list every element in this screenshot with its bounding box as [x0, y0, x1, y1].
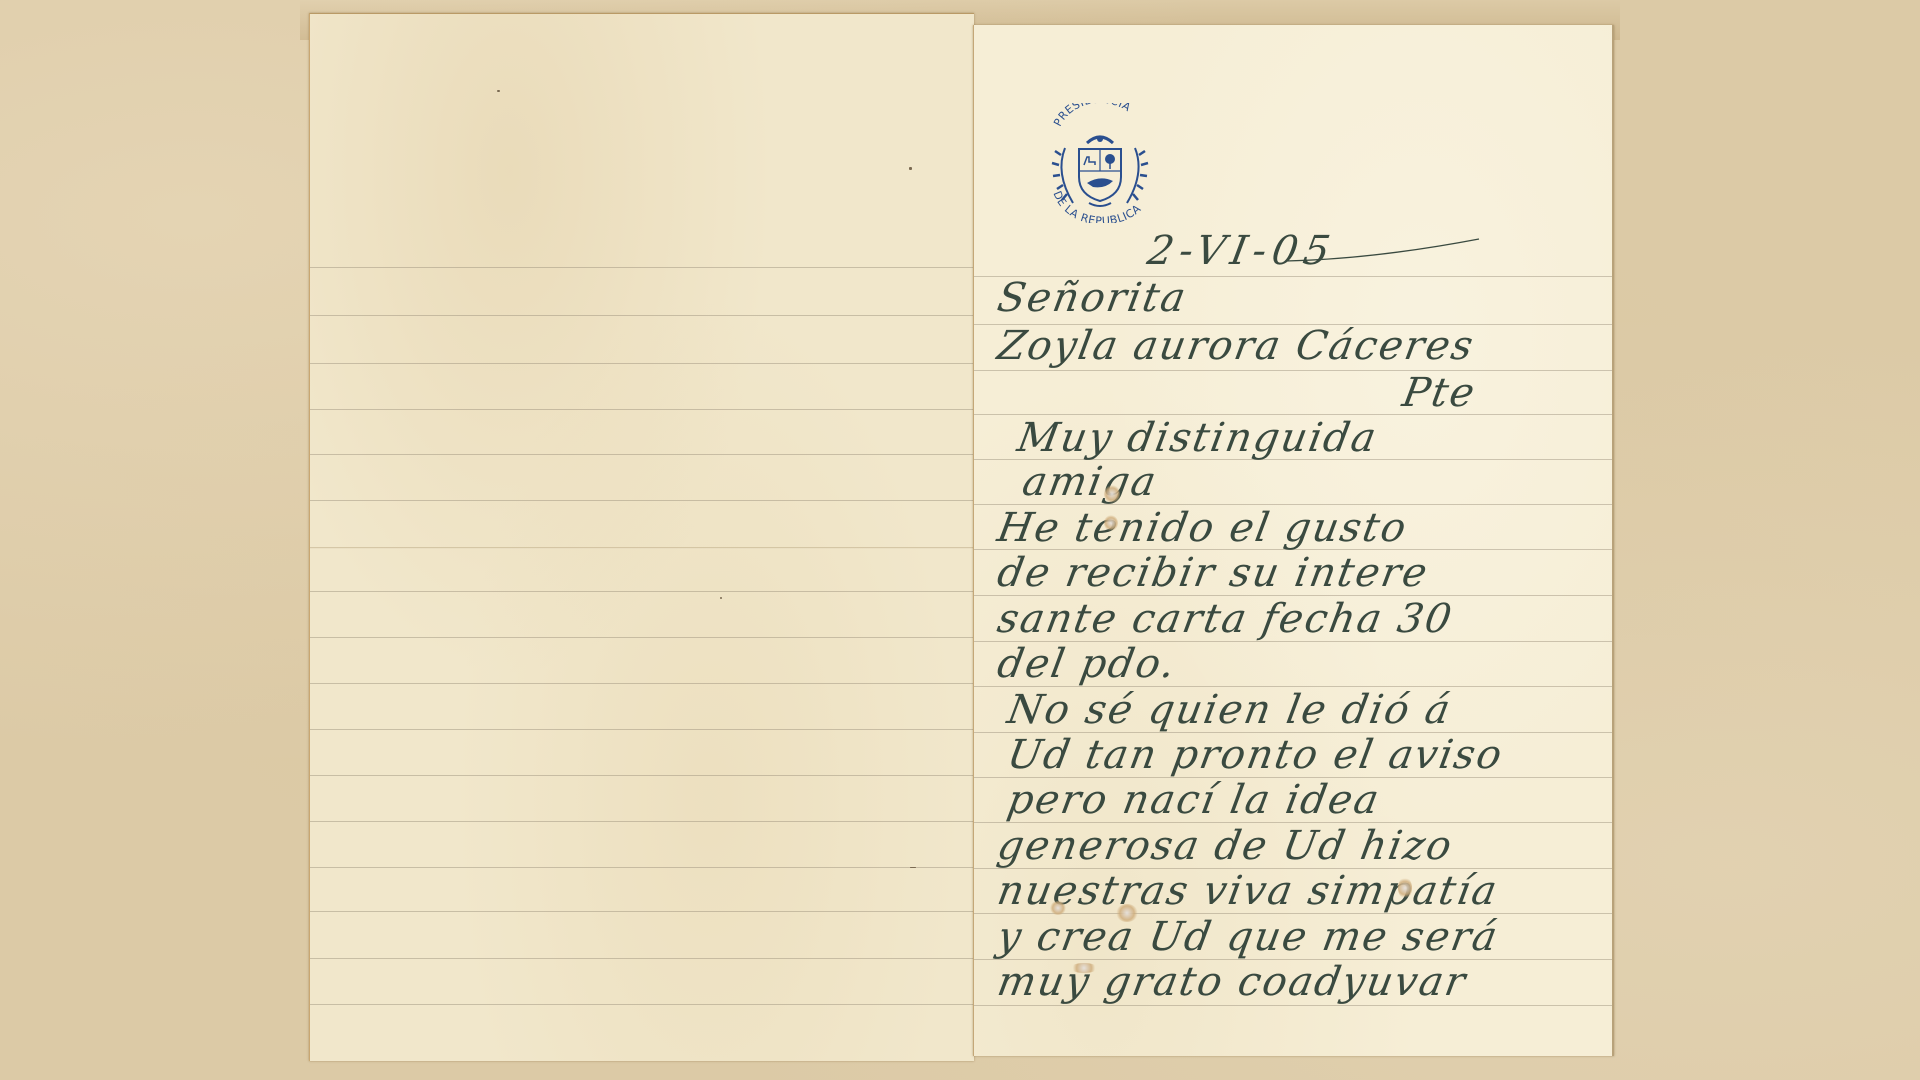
pin-hole-stain [1104, 485, 1120, 503]
ruled-line [310, 267, 974, 268]
letter-line: del pdo. [994, 641, 1180, 687]
letter-line: pero nací la idea [1004, 777, 1384, 823]
letter-line: He tenido el gusto [994, 505, 1411, 551]
letter-line: Señorita [994, 275, 1191, 321]
date-flourish [1284, 237, 1484, 267]
ruled-line [310, 867, 974, 868]
ruled-line [310, 911, 974, 912]
paper-speck [910, 867, 916, 868]
ruled-line [310, 500, 974, 501]
pin-hole-stain [1104, 515, 1118, 531]
letter-line: nuestras viva simpatía [994, 868, 1502, 914]
letter-line: Zoyla aurora Cáceres [994, 323, 1478, 369]
letter-line: de recibir su intere [994, 550, 1432, 596]
paper-speck [909, 167, 912, 170]
ruled-line [310, 315, 974, 316]
letter-line: Ud tan pronto el aviso [1004, 732, 1507, 778]
ruled-line [310, 409, 974, 410]
ruled-line [310, 591, 974, 592]
ruled-line [310, 775, 974, 776]
pin-hole-stain [1070, 963, 1098, 973]
paper-speck [497, 90, 500, 92]
ruled-line [310, 821, 974, 822]
ruled-line [310, 958, 974, 959]
letter-line: Muy distinguida [1014, 415, 1381, 461]
letter-line: generosa de Ud hizo [994, 823, 1457, 869]
paper-speck [720, 597, 722, 599]
letter-line: y crea Ud que me será [994, 914, 1502, 960]
letter-body: 2-VI-05 Señorita Zoyla aurora Cáceres Pt… [974, 25, 1612, 1056]
pin-hole-stain [1116, 904, 1138, 922]
pin-hole-stain [1398, 877, 1412, 899]
letter-line: No sé quien le dió á [1004, 687, 1455, 733]
ruled-line [310, 454, 974, 455]
letter-line: muy grato coadyuvar [994, 959, 1470, 1005]
fold-crease [310, 547, 974, 549]
left-page [309, 13, 974, 1061]
letter-line: Pte [1399, 370, 1480, 416]
pin-hole-stain [1050, 901, 1066, 915]
ruled-line [310, 1004, 974, 1005]
letter-line: sante carta fecha 30 [994, 596, 1457, 642]
ruled-line [310, 729, 974, 730]
right-page: PRESIDENCIA DE LA REPUBL [973, 25, 1614, 1056]
ruled-line [310, 363, 974, 364]
letter-line: amiga [1019, 459, 1161, 505]
ruled-line [310, 683, 974, 684]
ruled-line [310, 637, 974, 638]
